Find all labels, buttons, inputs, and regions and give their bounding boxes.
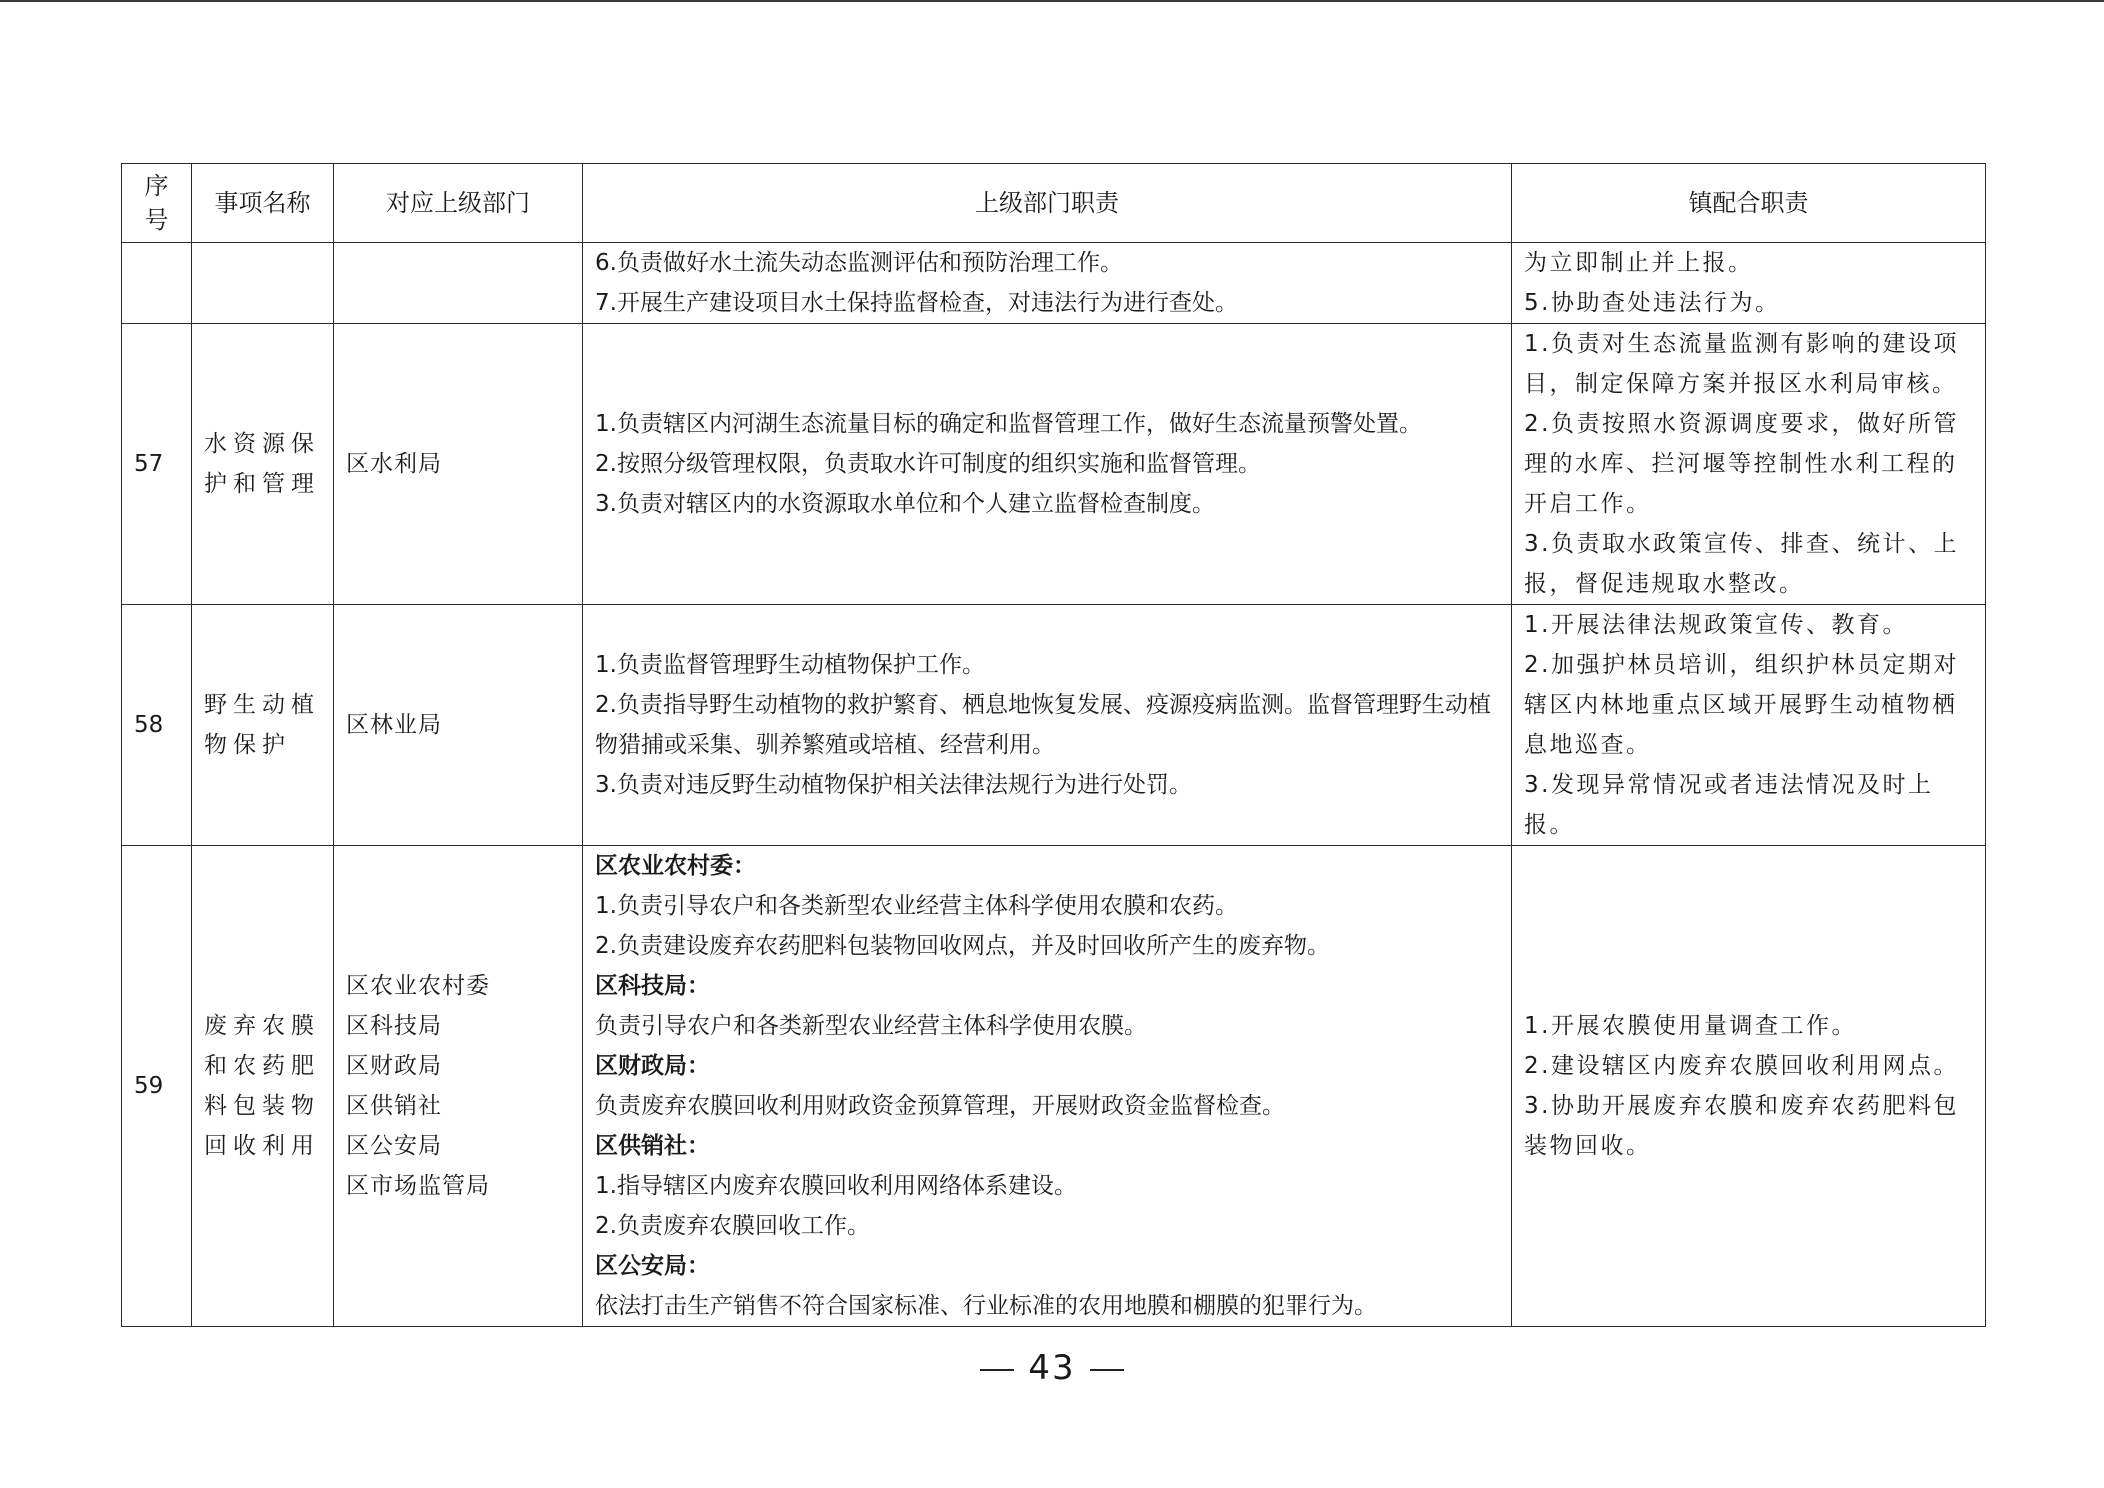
duty-line: 3.发现异常情况或者违法情况及时上报。	[1524, 765, 1973, 845]
cell-superior-duty: 1.负责监督管理野生动植物保护工作。 2.负责指导野生动植物的救护繁育、栖息地恢…	[583, 605, 1512, 846]
duty-line: 3.负责对辖区内的水资源取水单位和个人建立监督检查制度。	[595, 484, 1499, 524]
duty-line: 负责引导农户和各类新型农业经营主体科学使用农膜。	[595, 1006, 1499, 1046]
section-heading: 区公安局：	[595, 1246, 1499, 1286]
cell-superior-dept	[334, 243, 583, 324]
page-number: 43	[0, 1348, 2104, 1388]
duty-line: 6.负责做好水土流失动态监测评估和预防治理工作。	[595, 243, 1499, 283]
duty-line: 1.开展农膜使用量调查工作。	[1524, 1006, 1973, 1046]
cell-town-duty: 为立即制止并上报。 5.协助查处违法行为。	[1512, 243, 1986, 324]
duty-line: 2.加强护林员培训，组织护林员定期对辖区内林地重点区域开展野生动植物栖息地巡查。	[1524, 645, 1973, 765]
section-heading: 区科技局：	[595, 966, 1499, 1006]
cell-superior-depts: 区农业农村委 区科技局 区财政局 区供销社 区公安局 区市场监管局	[334, 846, 583, 1327]
header-town-duty: 镇配合职责	[1512, 164, 1986, 243]
duty-line: 2.负责按照水资源调度要求，做好所管理的水库、拦河堰等控制性水利工程的开启工作。	[1524, 404, 1973, 524]
table-header-row: 序 号 事项名称 对应上级部门 上级部门职责 镇配合职责	[122, 164, 1986, 243]
cell-item-name: 废弃农膜和农药肥料包装物回收利用	[192, 846, 334, 1327]
dept-name: 区市场监管局	[346, 1166, 570, 1206]
cell-superior-dept: 区林业局	[334, 605, 583, 846]
dept-name: 区科技局	[346, 1006, 570, 1046]
duty-line: 2.按照分级管理权限，负责取水许可制度的组织实施和监督管理。	[595, 444, 1499, 484]
header-superior-duty: 上级部门职责	[583, 164, 1512, 243]
duty-line: 1.负责对生态流量监测有影响的建设项目，制定保障方案并报区水利局审核。	[1524, 324, 1973, 404]
duty-line: 2.建设辖区内废弃农膜回收利用网点。	[1524, 1046, 1973, 1086]
cell-superior-duty: 区农业农村委： 1.负责引导农户和各类新型农业经营主体科学使用农膜和农药。 2.…	[583, 846, 1512, 1327]
section-heading: 区供销社：	[595, 1126, 1499, 1166]
cell-seq	[122, 243, 192, 324]
dept-name: 区财政局	[346, 1046, 570, 1086]
duty-line: 2.负责指导野生动植物的救护繁育、栖息地恢复发展、疫源疫病监测。监督管理野生动植…	[595, 685, 1499, 765]
page-number-value: 43	[1028, 1348, 1075, 1388]
duty-line: 负责废弃农膜回收利用财政资金预算管理，开展财政资金监督检查。	[595, 1086, 1499, 1126]
table-row-continuation: 6.负责做好水土流失动态监测评估和预防治理工作。 7.开展生产建设项目水土保持监…	[122, 243, 1986, 324]
duty-line: 1.开展法律法规政策宣传、教育。	[1524, 605, 1973, 645]
cell-town-duty: 1.开展农膜使用量调查工作。 2.建设辖区内废弃农膜回收利用网点。 3.协助开展…	[1512, 846, 1986, 1327]
duty-line: 3.负责对违反野生动植物保护相关法律法规行为进行处罚。	[595, 765, 1499, 805]
table-row: 58 野生动植物保护 区林业局 1.负责监督管理野生动植物保护工作。 2.负责指…	[122, 605, 1986, 846]
page-top-border	[0, 0, 2104, 2]
duty-line: 2.负责建设废弃农药肥料包装物回收网点，并及时回收所产生的废弃物。	[595, 926, 1499, 966]
duty-line: 3.协助开展废弃农膜和废弃农药肥料包装物回收。	[1524, 1086, 1973, 1166]
duty-line: 5.协助查处违法行为。	[1524, 283, 1973, 323]
dash-right	[1090, 1369, 1124, 1371]
duty-line: 依法打击生产销售不符合国家标准、行业标准的农用地膜和棚膜的犯罪行为。	[595, 1286, 1499, 1326]
duty-table: 序 号 事项名称 对应上级部门 上级部门职责 镇配合职责 6.负责做好水土流失动…	[121, 163, 1986, 1327]
cell-item-name	[192, 243, 334, 324]
cell-seq: 58	[122, 605, 192, 846]
dash-left	[980, 1369, 1014, 1371]
cell-superior-duty: 6.负责做好水土流失动态监测评估和预防治理工作。 7.开展生产建设项目水土保持监…	[583, 243, 1512, 324]
duty-line: 7.开展生产建设项目水土保持监督检查，对违法行为进行查处。	[595, 283, 1499, 323]
duty-line: 1.指导辖区内废弃农膜回收利用网络体系建设。	[595, 1166, 1499, 1206]
section-heading: 区农业农村委：	[595, 846, 1499, 886]
dept-name: 区供销社	[346, 1086, 570, 1126]
cell-item-name: 水资源保护和管理	[192, 324, 334, 605]
duty-line: 1.负责引导农户和各类新型农业经营主体科学使用农膜和农药。	[595, 886, 1499, 926]
dept-name: 区农业农村委	[346, 966, 570, 1006]
header-seq: 序 号	[122, 164, 192, 243]
cell-seq: 57	[122, 324, 192, 605]
cell-seq: 59	[122, 846, 192, 1327]
duty-line: 3.负责取水政策宣传、排查、统计、上报，督促违规取水整改。	[1524, 524, 1973, 604]
duty-line: 为立即制止并上报。	[1524, 243, 1973, 283]
header-item-name: 事项名称	[192, 164, 334, 243]
cell-town-duty: 1.负责对生态流量监测有影响的建设项目，制定保障方案并报区水利局审核。 2.负责…	[1512, 324, 1986, 605]
cell-superior-duty: 1.负责辖区内河湖生态流量目标的确定和监督管理工作，做好生态流量预警处置。 2.…	[583, 324, 1512, 605]
section-heading: 区财政局：	[595, 1046, 1499, 1086]
duty-line: 1.负责监督管理野生动植物保护工作。	[595, 645, 1499, 685]
duty-line: 1.负责辖区内河湖生态流量目标的确定和监督管理工作，做好生态流量预警处置。	[595, 404, 1499, 444]
cell-item-name: 野生动植物保护	[192, 605, 334, 846]
table-row: 59 废弃农膜和农药肥料包装物回收利用 区农业农村委 区科技局 区财政局 区供销…	[122, 846, 1986, 1327]
cell-superior-dept: 区水利局	[334, 324, 583, 605]
table-row: 57 水资源保护和管理 区水利局 1.负责辖区内河湖生态流量目标的确定和监督管理…	[122, 324, 1986, 605]
duty-line: 2.负责废弃农膜回收工作。	[595, 1206, 1499, 1246]
dept-name: 区公安局	[346, 1126, 570, 1166]
header-superior-dept: 对应上级部门	[334, 164, 583, 243]
cell-town-duty: 1.开展法律法规政策宣传、教育。 2.加强护林员培训，组织护林员定期对辖区内林地…	[1512, 605, 1986, 846]
